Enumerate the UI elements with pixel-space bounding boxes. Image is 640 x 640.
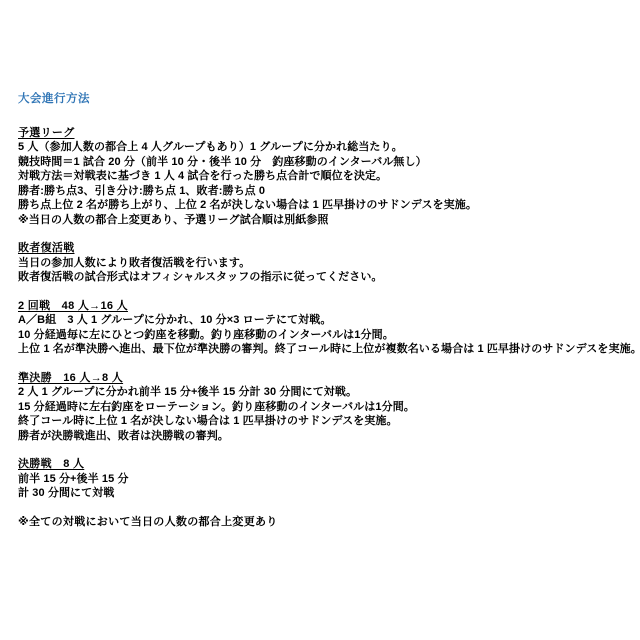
section-semifinal: 準決勝 16 人→8 人 2 人 1 グループに分かれ前半 15 分+後半 15…: [18, 371, 640, 444]
text-line: 10 分経過毎に左にひとつ釣座を移動。釣り座移動のインターバルは1分間。: [18, 328, 640, 343]
text-line: 5 人（参加人数の都合上 4 人グループもあり）1 グループに分かれ総当たり。: [18, 140, 640, 155]
section-heading: 2 回戦 48 人→16 人: [18, 299, 640, 314]
text-line: 勝者:勝ち点3、引き分け:勝ち点 1、敗者:勝ち点 0: [18, 184, 640, 199]
section-heading: 敗者復活戦: [18, 241, 640, 256]
document-page: 大会進行方法 予選リーグ 5 人（参加人数の都合上 4 人グループもあり）1 グ…: [0, 0, 640, 529]
text-line: 終了コール時に上位 1 名が決しない場合は 1 匹早掛けのサドンデスを実施。: [18, 414, 640, 429]
text-line: 勝者が決勝戦進出、敗者は決勝戦の審判。: [18, 429, 640, 444]
section-final: 決勝戦 8 人 前半 15 分+後半 15 分 計 30 分間にて対戦: [18, 457, 640, 501]
text-line: 前半 15 分+後半 15 分: [18, 472, 640, 487]
text-line: 競技時間＝1 試合 20 分（前半 10 分・後半 10 分 釣座移動のインター…: [18, 155, 640, 170]
section-heading: 準決勝 16 人→8 人: [18, 371, 640, 386]
text-line: 上位 1 名が準決勝へ進出、最下位が準決勝の審判。終了コール時に上位が複数名いる…: [18, 342, 640, 357]
text-line: 計 30 分間にて対戦: [18, 486, 640, 501]
page-title: 大会進行方法: [18, 92, 640, 107]
section-second-round: 2 回戦 48 人→16 人 A／B組 3 人 1 グループに分かれ、10 分×…: [18, 299, 640, 357]
footnote: ※全ての対戦において当日の人数の都合上変更あり: [18, 515, 640, 530]
text-line: 敗者復活戦の試合形式はオフィシャルスタッフの指示に従ってください。: [18, 270, 640, 285]
text-line: 15 分経過時に左右釣座をローテーション。釣り座移動のインターバルは1分間。: [18, 400, 640, 415]
text-line: 2 人 1 グループに分かれ前半 15 分+後半 15 分計 30 分間にて対戦…: [18, 385, 640, 400]
text-line: 勝ち点上位 2 名が勝ち上がり、上位 2 名が決しない場合は 1 匹早掛けのサド…: [18, 198, 640, 213]
section-preliminary-league: 予選リーグ 5 人（参加人数の都合上 4 人グループもあり）1 グループに分かれ…: [18, 126, 640, 228]
text-line: A／B組 3 人 1 グループに分かれ、10 分×3 ローテにて対戦。: [18, 313, 640, 328]
text-line: 当日の参加人数により敗者復活戦を行います。: [18, 256, 640, 271]
text-line: ※当日の人数の都合上変更あり、予選リーグ試合順は別紙参照: [18, 213, 640, 228]
section-heading: 決勝戦 8 人: [18, 457, 640, 472]
text-line: 対戦方法＝対戦表に基づき 1 人 4 試合を行った勝ち点合計で順位を決定。: [18, 169, 640, 184]
section-losers-revival: 敗者復活戦 当日の参加人数により敗者復活戦を行います。 敗者復活戦の試合形式はオ…: [18, 241, 640, 285]
section-heading: 予選リーグ: [18, 126, 640, 141]
